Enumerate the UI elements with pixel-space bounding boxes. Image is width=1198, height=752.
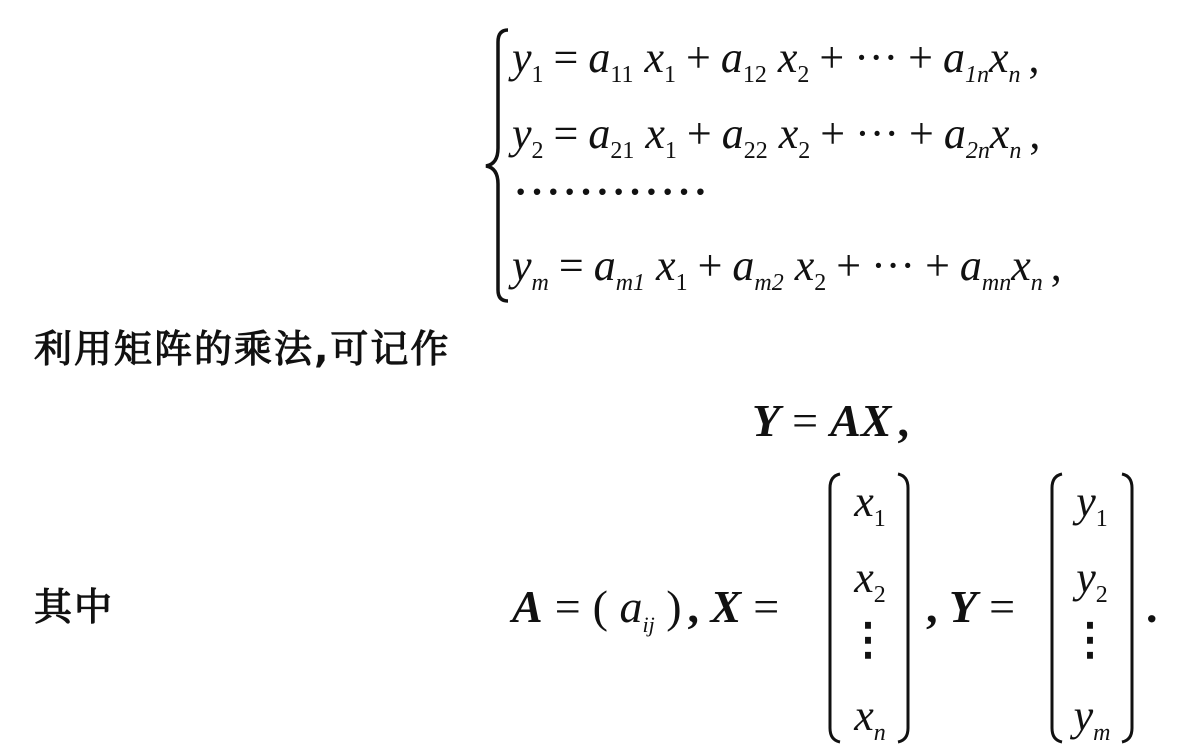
comma: ,	[1051, 241, 1062, 290]
plus-sign: +	[826, 241, 871, 290]
var: x	[778, 33, 798, 82]
Y-symbol: Y	[949, 581, 977, 632]
equals-sign: =	[544, 33, 589, 82]
A-symbol: A	[512, 581, 543, 632]
coef-sub: m1	[616, 270, 645, 296]
system-row-1: y1=a11 x1+a12 x2+···+a1nxn,	[512, 36, 1040, 87]
var: x	[854, 477, 874, 526]
Y-vector-item-2: y2	[1052, 552, 1132, 609]
system-ellipsis-row: ············	[514, 168, 710, 215]
Y-definition: , Y=	[926, 580, 1027, 633]
coef-sub: mn	[982, 270, 1011, 296]
cdots: ···	[854, 33, 898, 82]
coef: a	[588, 109, 610, 158]
cdots: ···	[855, 109, 899, 158]
open-paren: (	[593, 581, 608, 632]
coef: a	[960, 241, 982, 290]
cdots: ···	[871, 241, 915, 290]
var: x	[854, 691, 874, 740]
coef-sub: 22	[744, 138, 768, 164]
var: y	[1076, 477, 1096, 526]
lhs-sub: m	[532, 270, 549, 296]
var-sub: 2	[814, 270, 826, 296]
equals-sign: =	[977, 581, 1027, 632]
var: x	[990, 109, 1010, 158]
coef: a	[721, 33, 743, 82]
lhs-sub: 2	[532, 138, 544, 164]
coef: a	[588, 33, 610, 82]
system-row-m: ym=am1 x1+am2 x2+···+amnxn,	[512, 244, 1062, 295]
var: x	[989, 33, 1009, 82]
coef-sub: m2	[754, 270, 783, 296]
plus-sign: +	[899, 109, 944, 158]
var-sub: n	[1009, 138, 1021, 164]
coef: a	[594, 241, 616, 290]
lhs-var: y	[512, 241, 532, 290]
var: y	[1074, 691, 1094, 740]
lhs-var: y	[512, 109, 532, 158]
equals-sign: =	[543, 581, 593, 632]
equals-sign: =	[549, 241, 594, 290]
sub: 2	[1096, 582, 1108, 608]
comma: ,	[926, 581, 938, 632]
plus-sign: +	[809, 33, 854, 82]
X-vector-item-1: x1	[830, 476, 910, 533]
plus-sign: +	[915, 241, 960, 290]
comma: ,	[897, 395, 909, 446]
sub: m	[1093, 720, 1110, 746]
coef: a	[944, 109, 966, 158]
sub: n	[874, 720, 886, 746]
plus-sign: +	[677, 109, 722, 158]
A-definition: A=( aij ), X=	[512, 580, 791, 638]
equals-sign: =	[544, 109, 589, 158]
coef-sub: 21	[610, 138, 634, 164]
vdots: ⋮	[846, 615, 890, 664]
coef-sub: 12	[743, 62, 767, 88]
sub: 2	[874, 582, 886, 608]
var-sub: n	[1009, 62, 1021, 88]
comma: ,	[1029, 33, 1040, 82]
var: x	[795, 241, 815, 290]
a-element: a	[619, 581, 642, 632]
var: x	[1011, 241, 1031, 290]
Y-vector-item-1: y1	[1052, 476, 1132, 533]
compact-equation: Y=AX,	[752, 394, 909, 447]
lhs-sub: 1	[532, 62, 544, 88]
var: y	[1076, 553, 1096, 602]
coef-sub: 11	[610, 62, 633, 88]
var-sub: n	[1031, 270, 1043, 296]
plus-sign: +	[688, 241, 733, 290]
AX-symbol: AX	[830, 395, 891, 446]
var: x	[645, 109, 665, 158]
coef: a	[943, 33, 965, 82]
var-sub: 2	[798, 138, 810, 164]
var-sub: 1	[665, 138, 677, 164]
vdots: ⋮	[1068, 615, 1112, 664]
var-sub: 2	[797, 62, 809, 88]
comma: ,	[1029, 109, 1040, 158]
var-sub: 1	[676, 270, 688, 296]
X-vector-vdots: ⋮	[828, 614, 908, 665]
X-symbol: X	[711, 581, 742, 632]
system-row-2: y2=a21 x1+a22 x2+···+a2nxn,	[512, 112, 1040, 163]
comma: ,	[688, 581, 700, 632]
end-period: .	[1146, 580, 1158, 633]
var: x	[854, 553, 874, 602]
coef: a	[732, 241, 754, 290]
coef: a	[722, 109, 744, 158]
Y-vector-vdots: ⋮	[1050, 614, 1130, 665]
where-label: 其中	[34, 576, 114, 631]
var: x	[644, 33, 664, 82]
coef-sub: 2n	[966, 138, 990, 164]
var-sub: 1	[664, 62, 676, 88]
plus-sign: +	[898, 33, 943, 82]
sub: 1	[1096, 506, 1108, 532]
equals-sign: =	[741, 581, 791, 632]
plus-sign: +	[810, 109, 855, 158]
Y-symbol: Y	[752, 395, 780, 446]
matrix-mult-sentence: 利用矩阵的乘法,可记作	[34, 318, 450, 373]
var: x	[656, 241, 676, 290]
Y-vector-item-m: ym	[1052, 690, 1132, 747]
var: x	[779, 109, 799, 158]
ij-sub: ij	[642, 612, 654, 637]
sub: 1	[874, 506, 886, 532]
X-vector-item-2: x2	[830, 552, 910, 609]
plus-sign: +	[676, 33, 721, 82]
close-paren: )	[666, 581, 681, 632]
coef-sub: 1n	[965, 62, 989, 88]
equals-sign: =	[780, 395, 830, 446]
lhs-var: y	[512, 33, 532, 82]
X-vector-item-n: xn	[830, 690, 910, 747]
